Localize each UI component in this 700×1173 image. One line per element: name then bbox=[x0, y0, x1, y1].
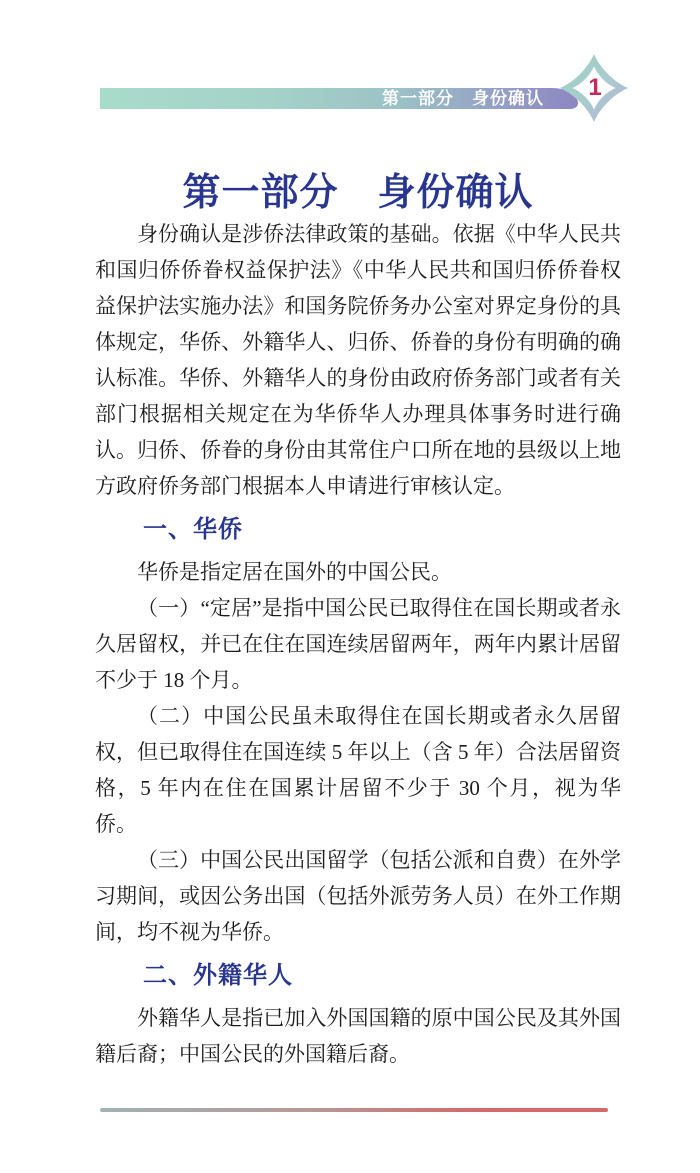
content-column: 第一部分 身份确认 身份确认是涉侨法律政策的基础。依据《中华人民共和国归侨侨眷权… bbox=[0, 0, 700, 1072]
section-1-paragraph-item-1: （一）“定居”是指中国公民已取得住在国长期或者永久居留权，并已在住在国连续居留两… bbox=[95, 590, 621, 698]
page-number: 1 bbox=[557, 51, 631, 125]
page-number-diamond-icon: 1 bbox=[557, 51, 631, 125]
header-section-label: 第一部分 身份确认 bbox=[382, 90, 544, 107]
document-page: 第一部分 身份确认 1 第一部分 身份确认 身份确认是涉侨法律政策的基础。依据《… bbox=[0, 0, 700, 1173]
section-1-paragraph-item-3: （三）中国公民出国留学（包括公派和自费）在外学习期间，或因公务出国（包括外派劳务… bbox=[95, 842, 621, 950]
section-1-paragraph-definition: 华侨是指定居在国外的中国公民。 bbox=[95, 554, 621, 590]
header-bar: 第一部分 身份确认 bbox=[100, 88, 578, 109]
section-1-paragraph-item-2: （二）中国公民虽未取得住在国长期或者永久居留权，但已取得住在国连续 5 年以上（… bbox=[95, 698, 621, 842]
section-1-heading: 一、华侨 bbox=[143, 515, 621, 545]
intro-paragraph: 身份确认是涉侨法律政策的基础。依据《中华人民共和国归侨侨眷权益保护法》《中华人民… bbox=[95, 216, 621, 504]
footer-divider bbox=[100, 1108, 608, 1112]
section-2-heading: 二、外籍华人 bbox=[143, 961, 621, 991]
section-2-paragraph-definition: 外籍华人是指已加入外国国籍的原中国公民及其外国籍后裔；中国公民的外国籍后裔。 bbox=[95, 1000, 621, 1072]
